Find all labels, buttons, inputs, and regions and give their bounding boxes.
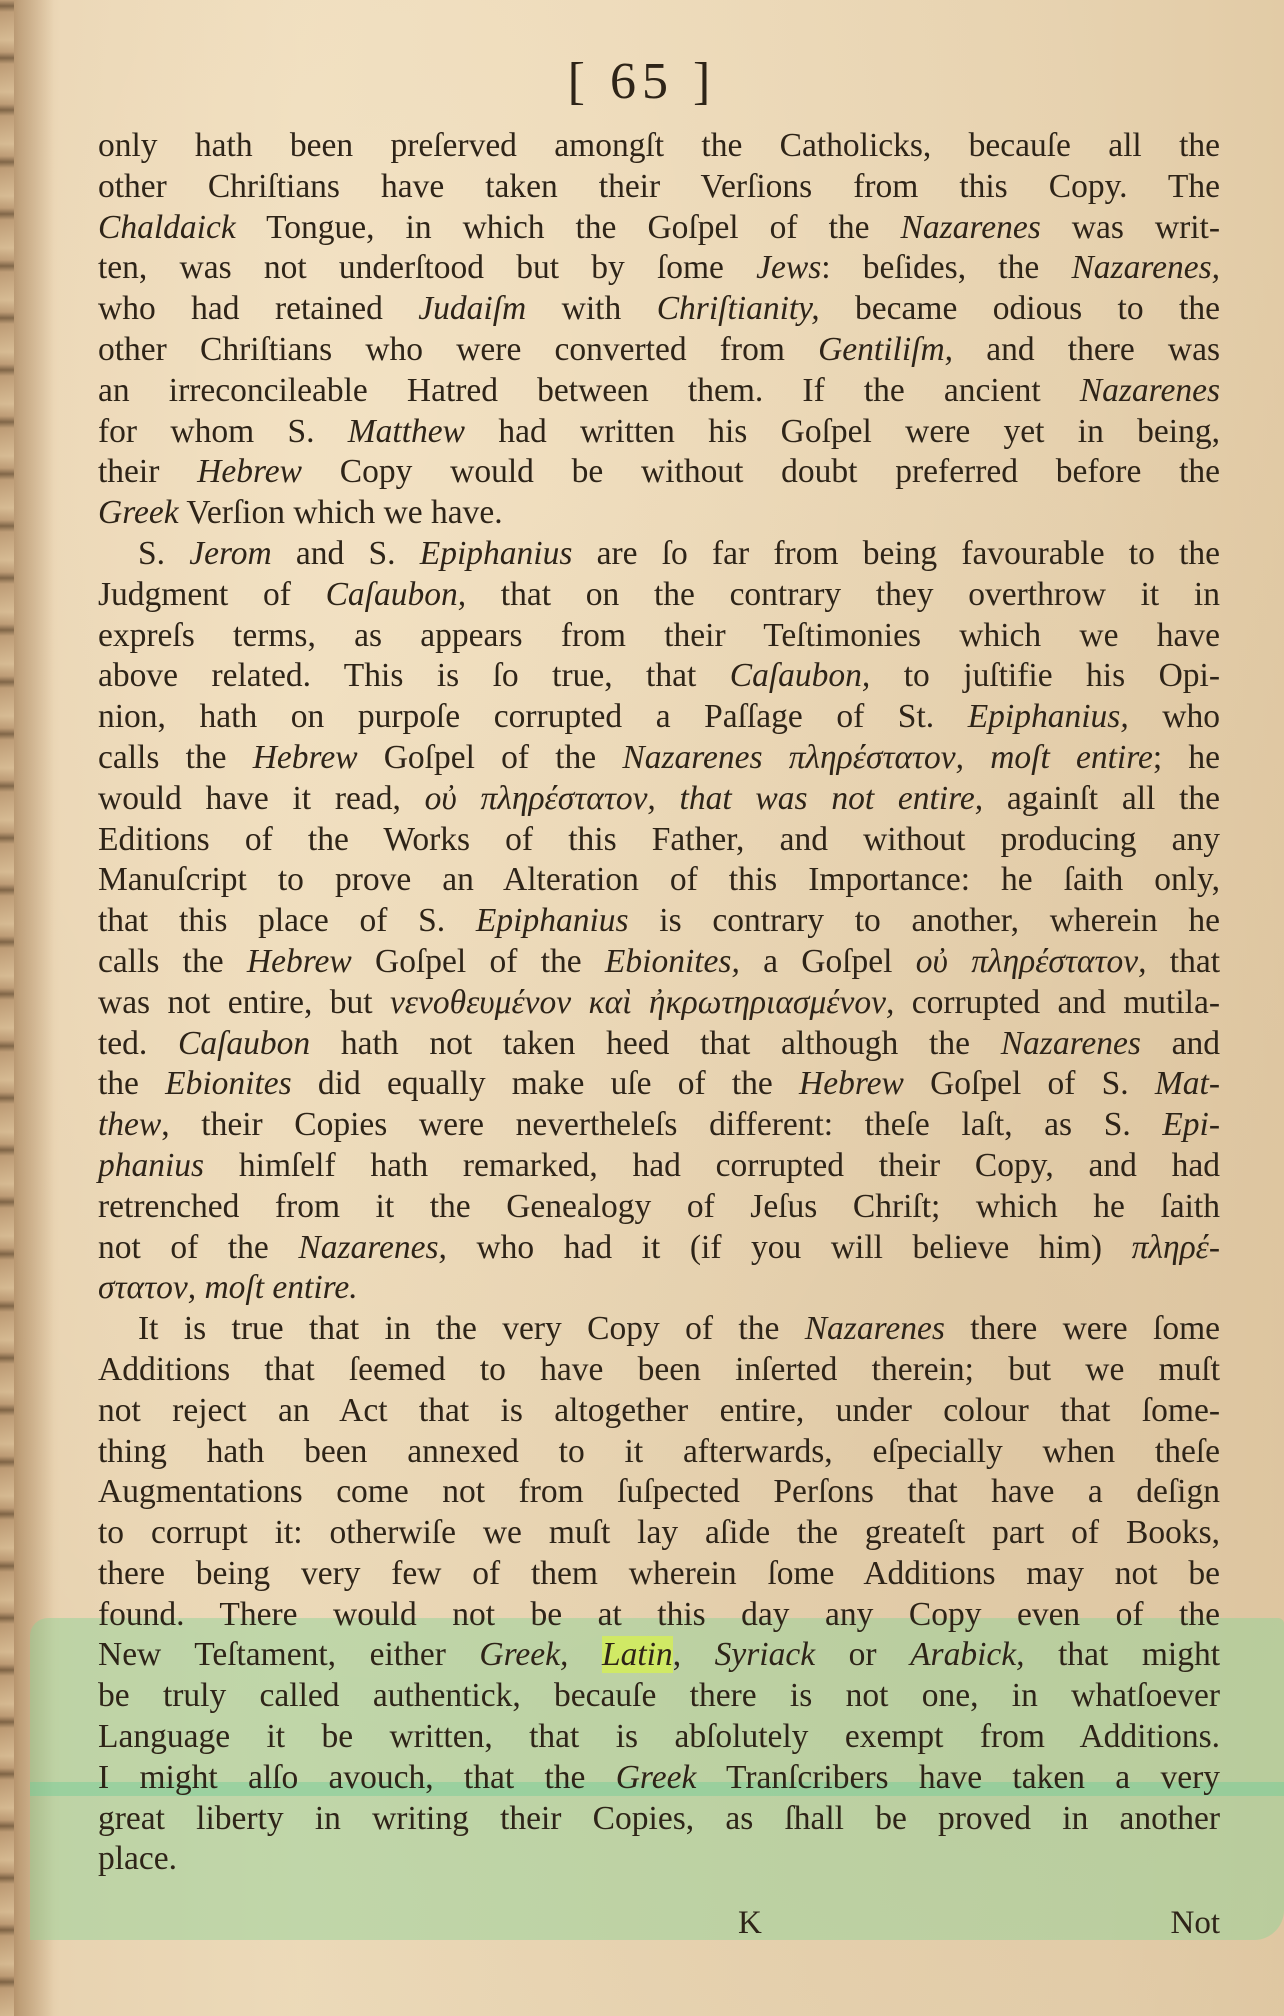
text-line: S. Jerom and S. Epiphanius are ſo far fr… xyxy=(98,534,1220,575)
text-segment: who xyxy=(1129,698,1220,735)
text-line: be truly called authentick, becauſe ther… xyxy=(98,1676,1220,1717)
text-segment: would have it read, xyxy=(98,780,425,817)
text-segment: expreſs terms, as appears from their Teſ… xyxy=(98,617,1220,654)
italic-text: Caſaubon xyxy=(178,1025,310,1062)
italic-text: Nazarenes xyxy=(1001,1025,1141,1062)
italic-text: phanius xyxy=(98,1147,204,1184)
italic-text: Jerom xyxy=(189,535,271,572)
italic-text: Ebionites xyxy=(165,1065,292,1102)
text-segment: Language it be written, that is abſolute… xyxy=(98,1718,1220,1755)
text-line: other Chriſtians who were converted from… xyxy=(98,330,1220,371)
text-segment: calls the xyxy=(98,943,247,980)
italic-text: Hebrew xyxy=(247,943,352,980)
text-segment: Goſpel of the xyxy=(358,739,623,776)
text-segment: was not entire, but xyxy=(98,984,390,1021)
italic-text: Chriſtianity, xyxy=(657,290,820,327)
text-segment: to corrupt it: otherwiſe we muſt lay aſi… xyxy=(98,1514,1220,1551)
text-segment: ted. xyxy=(98,1025,178,1062)
italic-text: Ebionites, xyxy=(605,943,740,980)
text-segment: , xyxy=(673,1636,715,1673)
text-segment: It is true that in the very Copy of the xyxy=(138,1310,805,1347)
book-page: [ 65 ] only hath been preſerved amongſt … xyxy=(0,0,1284,2016)
italic-text: Chaldaick xyxy=(98,209,236,246)
text-segment: corrupted and mutila- xyxy=(894,984,1220,1021)
text-line: retrenched from it the Genealogy of Jeſu… xyxy=(98,1187,1220,1228)
text-segment: I might alſo avouch, that the xyxy=(98,1759,616,1796)
text-line: Judgment of Caſaubon, that on the contra… xyxy=(98,575,1220,616)
text-segment: that xyxy=(1146,943,1220,980)
italic-text: οὐ πληρέστατον, xyxy=(916,943,1147,980)
italic-text: Nazarenes xyxy=(901,209,1041,246)
text-segment: and there was xyxy=(953,331,1220,368)
text-segment: Verſion which we have. xyxy=(179,494,503,531)
italic-text: Greek xyxy=(616,1759,697,1796)
text-segment: or xyxy=(815,1636,910,1673)
italic-text: Matthew xyxy=(348,413,465,450)
text-segment: with xyxy=(526,290,656,327)
text-line: above related. This is ſo true, that Caſ… xyxy=(98,656,1220,697)
italic-text: Epi- xyxy=(1162,1106,1220,1143)
page-footer: K Not xyxy=(98,1905,1220,1949)
text-segment: ten, was not underſtood but by ſome xyxy=(98,249,756,286)
text-line: phanius himſelf hath remarked, had corru… xyxy=(98,1146,1220,1187)
italic-text: Arabick, xyxy=(910,1636,1024,1673)
text-segment: for whom S. xyxy=(98,413,348,450)
page-number: [ 65 ] xyxy=(0,52,1284,111)
text-segment: Copy would be without doubt preferred be… xyxy=(302,453,1220,490)
text-segment: had written his Goſpel were yet in being… xyxy=(465,413,1220,450)
text-segment: great liberty in writing their Copies, a… xyxy=(98,1800,1220,1837)
italic-text: Caſaubon, xyxy=(326,576,467,613)
italic-text: Epiphanius xyxy=(420,535,573,572)
text-line: was not entire, but νενοθευμένον καὶ ἠκρ… xyxy=(98,983,1220,1024)
italic-text: Nazarenes xyxy=(1080,372,1220,409)
text-line: found. There would not be at this day an… xyxy=(98,1595,1220,1636)
text-segment: Editions of the Works of this Father, an… xyxy=(98,821,1220,858)
italic-text: Hebrew xyxy=(799,1065,904,1102)
text-line: great liberty in writing their Copies, a… xyxy=(98,1799,1220,1840)
text-segment: place. xyxy=(98,1840,177,1877)
text-segment: only hath been preſerved amongſt the Cat… xyxy=(98,127,1220,164)
text-line: who had retained Judaiſm with Chriſtiani… xyxy=(98,289,1220,330)
text-segment: who had retained xyxy=(98,290,418,327)
text-line: Language it be written, that is abſolute… xyxy=(98,1717,1220,1758)
text-segment: other Chriſtians have taken their Verſio… xyxy=(98,168,1220,205)
italic-text: Gentiliſm, xyxy=(818,331,953,368)
text-line: calls the Hebrew Goſpel of the Nazarenes… xyxy=(98,738,1220,779)
text-segment: there were ſome xyxy=(945,1310,1220,1347)
text-line: thew, their Copies were nevertheleſs dif… xyxy=(98,1105,1220,1146)
text-segment: that this place of S. xyxy=(98,902,476,939)
text-line: place. xyxy=(98,1839,1220,1880)
text-segment: who had it (if you will believe him) xyxy=(447,1229,1132,1266)
text-line: Editions of the Works of this Father, an… xyxy=(98,820,1220,861)
text-line: that this place of S. Epiphanius is cont… xyxy=(98,901,1220,942)
text-segment: Tranſcribers have taken a very xyxy=(696,1759,1220,1796)
italic-text: Jews xyxy=(756,249,821,286)
text-segment: himſelf hath remarked, had corrupted the… xyxy=(204,1147,1220,1184)
text-line: Chaldaick Tongue, in which the Goſpel of… xyxy=(98,208,1220,249)
italic-text: Nazarenes, xyxy=(1071,249,1220,286)
text-segment: calls the xyxy=(98,739,253,776)
italic-text: πληρέστατον, moſt entire xyxy=(789,739,1153,776)
text-line: expreſs terms, as appears from their Teſ… xyxy=(98,616,1220,657)
italic-text: Nazarenes xyxy=(805,1310,945,1347)
text-segment: their xyxy=(98,453,197,490)
text-segment: not of the xyxy=(98,1229,298,1266)
text-segment: ; he xyxy=(1153,739,1220,776)
text-line: an irreconcileable Hatred between them. … xyxy=(98,371,1220,412)
text-segment: that on the contrary they overthrow it i… xyxy=(466,576,1220,613)
text-segment: became odious to the xyxy=(820,290,1220,327)
italic-text: Epiphanius, xyxy=(968,698,1129,735)
text-line: I might alſo avouch, that the Greek Tran… xyxy=(98,1758,1220,1799)
text-segment: found. There would not be at this day an… xyxy=(98,1596,1220,1633)
text-segment: Augmentations come not from ſuſpected Pe… xyxy=(98,1473,1220,1510)
text-segment: the xyxy=(98,1065,165,1102)
italic-text: Hebrew xyxy=(253,739,358,776)
text-segment: is contrary to another, wherein he xyxy=(629,902,1220,939)
italic-text: Nazarenes xyxy=(622,739,762,776)
italic-text: Hebrew xyxy=(197,453,302,490)
italic-text: Judaiſm xyxy=(418,290,526,327)
text-line: New Teſtament, either Greek, Latin, Syri… xyxy=(98,1635,1220,1676)
text-segment: , their Copies were nevertheleſs differe… xyxy=(161,1106,1162,1143)
italic-text: thew xyxy=(98,1106,161,1143)
text-line: ten, was not underſtood but by ſome Jews… xyxy=(98,248,1220,289)
text-line: not reject an Act that is altogether ent… xyxy=(98,1391,1220,1432)
text-segment: Manuſcript to prove an Alteration of thi… xyxy=(98,861,1220,898)
text-segment: that might xyxy=(1025,1636,1221,1673)
text-segment: nion, hath on purpoſe corrupted a Paſſag… xyxy=(98,698,968,735)
text-segment: to juſtifie his Opi- xyxy=(870,657,1220,694)
text-segment: New Teſtament, either xyxy=(98,1636,479,1673)
italic-text: πληρέ- xyxy=(1132,1229,1220,1266)
text-segment: was writ- xyxy=(1041,209,1220,246)
signature-mark: K xyxy=(738,1905,762,1942)
text-segment: thing hath been annexed to it afterwards… xyxy=(98,1433,1220,1470)
text-segment: be truly called authentick, becauſe ther… xyxy=(98,1677,1220,1714)
text-line: only hath been preſerved amongſt the Cat… xyxy=(98,126,1220,167)
text-line: Manuſcript to prove an Alteration of thi… xyxy=(98,860,1220,901)
italic-text: Mat- xyxy=(1155,1065,1220,1102)
text-segment: Goſpel of the xyxy=(352,943,605,980)
text-line: the Ebionites did equally make uſe of th… xyxy=(98,1064,1220,1105)
italic-text: Nazarenes, xyxy=(298,1229,447,1266)
italic-text: Epiphanius xyxy=(476,902,629,939)
text-segment: againſt all the xyxy=(983,780,1220,817)
italic-text: στατον, moſt entire. xyxy=(98,1269,358,1306)
text-segment: an irreconcileable Hatred between them. … xyxy=(98,372,1080,409)
text-segment: did equally make uſe of the xyxy=(292,1065,799,1102)
text-line: to corrupt it: otherwiſe we muſt lay aſi… xyxy=(98,1513,1220,1554)
text-line: στατον, moſt entire. xyxy=(98,1268,1220,1309)
catchword: Not xyxy=(1171,1905,1221,1942)
text-segment: not reject an Act that is altogether ent… xyxy=(98,1392,1220,1429)
italic-text: νενοθευμένον καὶ ἠκρωτηριασμένον, xyxy=(390,984,894,1021)
text-line: not of the Nazarenes, who had it (if you… xyxy=(98,1228,1220,1269)
text-segment: and xyxy=(1141,1025,1220,1062)
text-line: Augmentations come not from ſuſpected Pe… xyxy=(98,1472,1220,1513)
page-gutter-edge xyxy=(0,0,14,2016)
italic-text: οὐ πληρέστατον, that was not entire, xyxy=(425,780,984,817)
text-segment: retrenched from it the Genealogy of Jeſu… xyxy=(98,1188,1220,1225)
text-line: would have it read, οὐ πληρέστατον, that… xyxy=(98,779,1220,820)
text-segment: hath not taken heed that although the xyxy=(310,1025,1001,1062)
italic-text: Caſaubon, xyxy=(730,657,871,694)
text-line: thing hath been annexed to it afterwards… xyxy=(98,1432,1220,1473)
text-line: ted. Caſaubon hath not taken heed that a… xyxy=(98,1024,1220,1065)
text-line: nion, hath on purpoſe corrupted a Paſſag… xyxy=(98,697,1220,738)
text-line: Additions that ſeemed to have been inſer… xyxy=(98,1350,1220,1391)
text-segment: Additions that ſeemed to have been inſer… xyxy=(98,1351,1220,1388)
text-segment: : beſides, the xyxy=(821,249,1071,286)
italic-text: Greek, xyxy=(479,1636,568,1673)
text-segment: Judgment of xyxy=(98,576,326,613)
text-line: calls the Hebrew Goſpel of the Ebionites… xyxy=(98,942,1220,983)
text-segment: other Chriſtians who were converted from xyxy=(98,331,818,368)
text-segment: a Goſpel xyxy=(740,943,916,980)
text-segment xyxy=(763,739,789,776)
text-segment: above related. This is ſo true, that xyxy=(98,657,730,694)
text-segment: Goſpel of S. xyxy=(904,1065,1155,1102)
text-line: there being very few of them wherein ſom… xyxy=(98,1554,1220,1595)
text-segment: S. xyxy=(138,535,189,572)
text-line: It is true that in the very Copy of the … xyxy=(98,1309,1220,1350)
italic-text: Syriack xyxy=(715,1636,815,1673)
text-line: other Chriſtians have taken their Verſio… xyxy=(98,167,1220,208)
text-line: their Hebrew Copy would be without doubt… xyxy=(98,452,1220,493)
text-segment: Tongue, in which the Goſpel of the xyxy=(236,209,901,246)
body-text: only hath been preſerved amongſt the Cat… xyxy=(98,126,1220,1880)
text-segment xyxy=(568,1636,602,1673)
italic-text: Greek xyxy=(98,494,179,531)
text-segment: there being very few of them wherein ſom… xyxy=(98,1555,1220,1592)
text-line: Greek Verſion which we have. xyxy=(98,493,1220,534)
text-line: for whom S. Matthew had written his Goſp… xyxy=(98,412,1220,453)
text-segment: and S. xyxy=(272,535,420,572)
highlighted-word: Latin xyxy=(602,1636,673,1673)
text-segment: are ſo far from being favourable to the xyxy=(572,535,1220,572)
